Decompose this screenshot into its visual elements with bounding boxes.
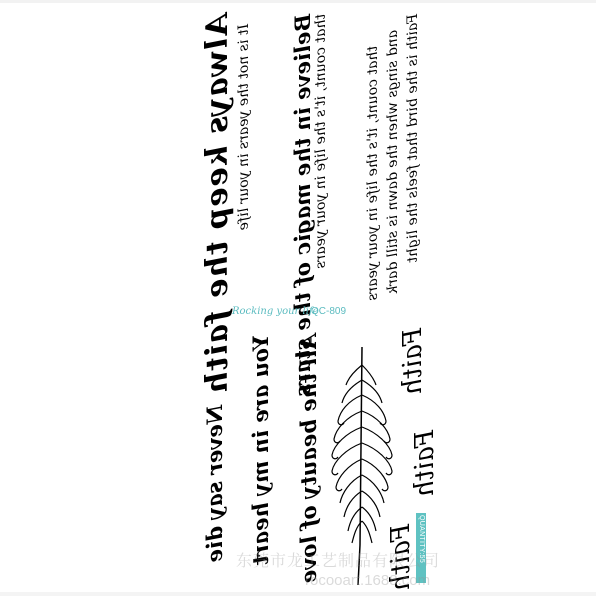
- phrase-never-say-die: Never say die: [202, 405, 227, 562]
- model-code: QC-809: [311, 306, 346, 317]
- faith-mark-2: Faith: [410, 430, 440, 497]
- phrase-faith-is-the-bird: Faith is the bird that feels the light: [405, 14, 421, 263]
- watermark-chinese: 东莞市龙工艺制品有限公司: [236, 548, 440, 571]
- phrase-small-1: It is not the years in your life: [236, 24, 252, 230]
- watermark-url: rocooart.1688.com: [305, 572, 430, 589]
- phrase-small-2: that count, it's the life in your years: [313, 14, 329, 269]
- faith-mark-1: Faith: [398, 328, 428, 395]
- phrase-sings-when-dawn: and sings when the dawn is still dark: [385, 30, 401, 294]
- phrase-you-are-in-my-heart: You are in my heart: [248, 335, 273, 565]
- phrase-small-3: that count, it's the life in your years: [365, 46, 381, 301]
- tattoo-sheet: Always keep the faith Never say die It i…: [0, 0, 596, 596]
- phrase-always-keep-the-faith: Always keep the faith: [200, 14, 235, 395]
- brand-tagline: Rocking your life: [232, 306, 319, 317]
- bottom-border: [0, 592, 596, 596]
- phrase-all-the-beauty-of-love: All the beauty of love: [296, 334, 321, 583]
